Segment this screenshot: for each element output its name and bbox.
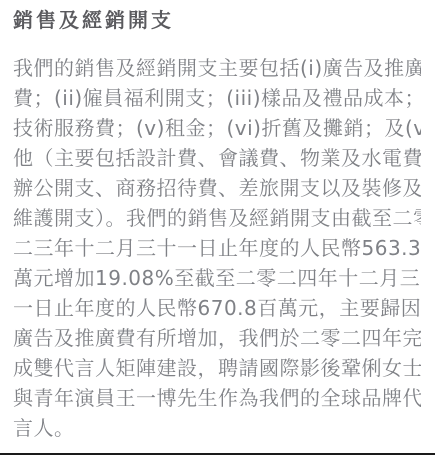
paragraph-line: 一日止年度的人民幣670.8百萬元，主要歸因於 [13,293,421,323]
paragraph-line: 我們的銷售及經銷開支主要包括(i)廣告及推廣 [13,53,421,83]
paragraph-line: 他（主要包括設計費、會議費、物業及水電費、 [13,143,421,173]
body-paragraph: 我們的銷售及經銷開支主要包括(i)廣告及推廣費；(ii)僱員福利開支；(iii)… [13,53,421,443]
paragraph-line: 二三年十二月三十一日止年度的人民幣563.3百 [13,233,421,263]
section-heading: 銷售及經銷開支 [13,8,421,32]
bottom-rule [0,453,435,455]
paragraph-line: 萬元增加19.08%至截至二零二四年十二月三十 [13,263,421,293]
document-page: 銷售及經銷開支 我們的銷售及經銷開支主要包括(i)廣告及推廣費；(ii)僱員福利… [0,0,435,465]
paragraph-line: 廣告及推廣費有所增加，我們於二零二四年完 [13,323,421,353]
paragraph-line: 費；(ii)僱員福利開支；(iii)樣品及禮品成本；(iv) [13,83,421,113]
paragraph-line: 維護開支）。我們的銷售及經銷開支由截至二零 [13,203,421,233]
paragraph-line: 言人。 [13,413,421,443]
paragraph-line: 與青年演員王一博先生作為我們的全球品牌代 [13,383,421,413]
paragraph-line: 技術服務費；(v)租金；(vi)折舊及攤銷；及(vii)其 [13,113,421,143]
paragraph-line: 成雙代言人矩陣建設，聘請國際影後鞏俐女士 [13,353,421,383]
paragraph-line: 辦公開支、商務招待費、差旅開支以及裝修及 [13,173,421,203]
